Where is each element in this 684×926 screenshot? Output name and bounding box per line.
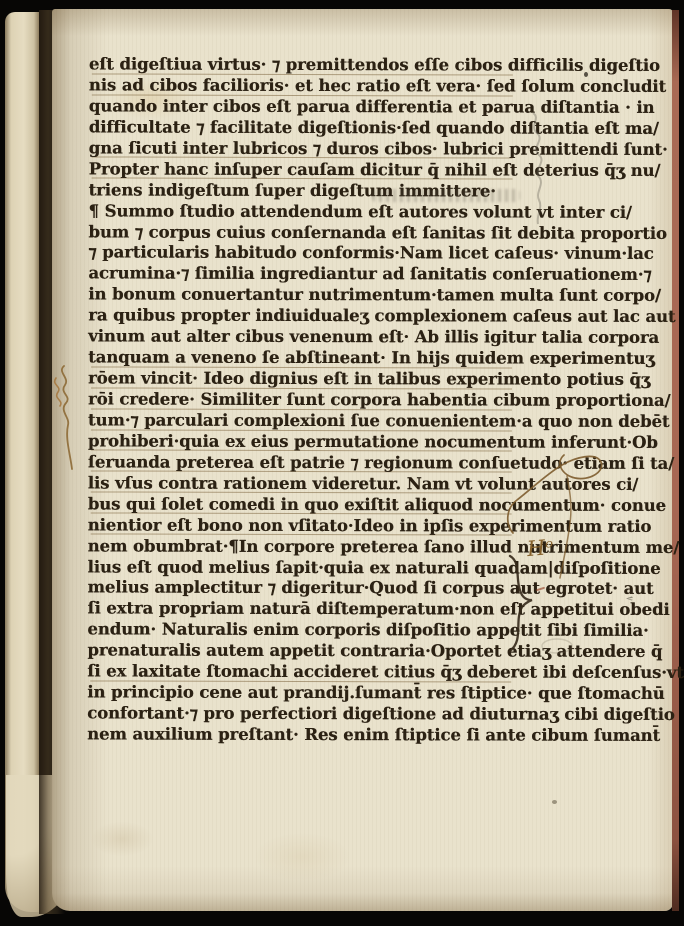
text-line: tanquam a veneno ſe abſtineant· In hijs … <box>88 348 522 370</box>
text-line: ſeruanda preterea eſt patrie ⁊ regionum … <box>88 452 522 474</box>
text-line: melius amplectitur ⁊ digeritur·Quod ſi c… <box>87 578 521 600</box>
text-block: eſt digeſtiua virtus· ⁊ premittendos eſſ… <box>87 54 523 746</box>
text-line: prenaturalis autem appetit contraria·Opo… <box>87 641 521 663</box>
text-line: acrumina·⁊ ſimilia ingrediantur ad ſanit… <box>88 264 522 286</box>
ink-showthrough-smudge <box>372 189 520 202</box>
text-line: bus qui ſolet comedi in quo exiſtit aliq… <box>88 494 522 516</box>
nota-annotation: Hᵒ <box>526 535 554 561</box>
text-line: lis vſus contra rationem videretur. Nam … <box>88 473 522 495</box>
text-line: nem auxilium preſtant· Res enim ſtiptice… <box>87 724 521 746</box>
text-line: in bonum conuertantur nutrimentum·tamen … <box>88 285 522 307</box>
text-line: ſi ex laxitate ſtomachi accideret citius… <box>87 662 521 684</box>
text-line: Propter hanc inſuper cauſam dicitur q̄ n… <box>89 159 523 181</box>
text-line: rōi credere· Similiter ſunt corpora habe… <box>88 389 522 411</box>
text-line: prohiberi·quia ex eius permutatione nocu… <box>88 431 522 453</box>
text-line: confortant·⁊ pro perfectiori digeſtione … <box>87 703 521 725</box>
text-line: rōem vincit· Ideo dignius eſt in talibus… <box>88 368 522 390</box>
text-line: bum ⁊ corpus cuius conſernanda eſt ſanit… <box>88 222 522 244</box>
text-line: in principio cene aut prandij.ſumant̄ re… <box>87 683 521 705</box>
text-line: gna ſicuti inter lubricos ⁊ duros cibos·… <box>89 138 523 160</box>
text-line: ¶ Summo ſtudio attendendum eſt autores v… <box>88 201 522 223</box>
text-line: nis ad cibos facilioris· et hec ratio eſ… <box>89 75 523 97</box>
text-line: eſt digeſtiua virtus· ⁊ premittendos eſſ… <box>89 54 523 76</box>
text-line: tum·⁊ parculari complexioni ſue conuenie… <box>88 410 522 432</box>
text-line: ⁊ particularis habitudo conformis·Nam li… <box>88 243 522 265</box>
text-line: endum· Naturalis enim corporis diſpoſiti… <box>87 620 521 642</box>
text-line: difficultate ⁊ facilitate digeſtionis·ſe… <box>89 117 523 139</box>
book-photo: eſt digeſtiua virtus· ⁊ premittendos eſſ… <box>0 0 684 926</box>
text-line: lius eſt quod melius ſapit·quia ex natur… <box>88 557 522 579</box>
text-line: nem obumbrat·¶In corpore preterea ſano i… <box>88 536 522 558</box>
text-line: vinum aut alter cibus venenum eſt· Ab il… <box>88 327 522 349</box>
text-line: ra quibus propter indiuidualeʒ complexio… <box>88 306 522 328</box>
ink-speck <box>552 800 557 804</box>
ink-speck <box>584 72 588 77</box>
text-line: ſi extra propriam naturā diſtemperatum·n… <box>87 599 521 621</box>
text-line: quando inter cibos eſt parua differentia… <box>89 96 523 118</box>
text-line: nientior eſt bono non vſitato·Ideo in ip… <box>88 515 522 537</box>
